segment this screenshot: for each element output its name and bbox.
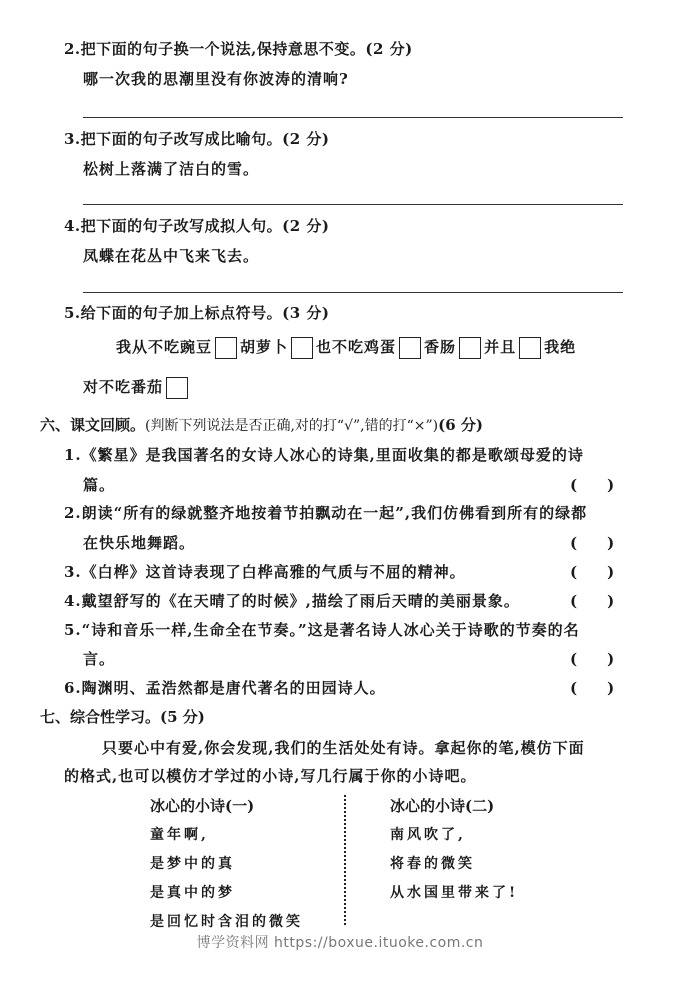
answer-line-q3[interactable] <box>83 204 623 205</box>
poem-1-line-1: 童年啊, <box>150 824 209 844</box>
question-2-label: 2.把下面的句子换一个说法,保持意思不变。(2 分) <box>64 38 413 59</box>
question-2-prompt: 哪一次我的思潮里没有你波涛的清响? <box>83 68 349 89</box>
question-3-label: 3.把下面的句子改写成比喻句。(2 分) <box>64 128 330 149</box>
answer-line-q4[interactable] <box>83 292 623 293</box>
judge-item-5-line2: 言。 <box>83 648 115 669</box>
segment: 我从不吃豌豆 <box>116 338 212 356</box>
section-6-score: (6 分) <box>438 416 483 434</box>
segment: 对不吃番茄 <box>83 378 163 396</box>
judge-item-5-line1: 5.“诗和音乐一样,生命全在节奏。”这是著名诗人冰心关于诗歌的节奏的名 <box>64 619 580 640</box>
punctuation-box-1[interactable] <box>215 337 237 359</box>
question-3-prompt: 松树上落满了洁白的雪。 <box>83 158 259 179</box>
section-6-note: (判断下列说法是否正确,对的打“√”,错的打“×”) <box>145 418 438 434</box>
punctuation-box-4[interactable] <box>459 337 481 359</box>
watermark: 博学资料网 https://boxue.ituoke.com.cn <box>0 932 680 952</box>
segment: 也不吃鸡蛋 <box>316 338 396 356</box>
poem-1-line-2: 是梦中的真 <box>150 853 235 873</box>
segment: 并且 <box>484 338 516 356</box>
section-7-para-line2: 的格式,也可以模仿才学过的小诗,写几行属于你的小诗吧。 <box>64 765 476 786</box>
poem-2-line-2: 将春的微笑 <box>390 853 475 873</box>
section-6-title: 六、课文回顾。 <box>40 416 145 434</box>
segment: 香肠 <box>424 338 456 356</box>
poem-1-line-4: 是回忆时含泪的微笑 <box>150 911 303 931</box>
judge-item-2-line1: 2.朗读“所有的绿就整齐地按着节拍飘动在一起”,我们仿佛看到所有的绿都 <box>64 502 587 523</box>
answer-paren-1[interactable]: ( ) <box>570 474 614 495</box>
judge-item-3: 3.《白桦》这首诗表现了白桦高雅的气质与不屈的精神。 <box>64 561 466 582</box>
poem-1-line-3: 是真中的梦 <box>150 882 235 902</box>
answer-line-q2[interactable] <box>83 117 623 118</box>
question-5-label: 5.给下面的句子加上标点符号。(3 分) <box>64 302 330 323</box>
punctuation-box-3[interactable] <box>399 337 421 359</box>
poem-2-line-1: 南风吹了, <box>390 824 466 844</box>
judge-item-2-line2: 在快乐地舞蹈。 <box>83 532 195 553</box>
punctuation-sentence-line1: 我从不吃豌豆胡萝卜也不吃鸡蛋香肠并且我绝 <box>116 336 576 359</box>
section-7-title: 七、综合性学习。(5 分) <box>40 706 205 727</box>
answer-paren-3[interactable]: ( ) <box>570 561 614 582</box>
punctuation-box-5[interactable] <box>519 337 541 359</box>
punctuation-box-6[interactable] <box>166 377 188 399</box>
section-7-para-line1: 只要心中有爱,你会发现,我们的生活处处有诗。拿起你的笔,模仿下面 <box>102 737 585 758</box>
judge-item-4: 4.戴望舒写的《在天晴了的时候》,描绘了雨后天晴的美丽景象。 <box>64 590 520 611</box>
segment: 胡萝卜 <box>240 338 288 356</box>
judge-item-1-line1: 1.《繁星》是我国著名的女诗人冰心的诗集,里面收集的都是歌颂母爱的诗 <box>64 444 584 465</box>
answer-paren-4[interactable]: ( ) <box>570 590 614 611</box>
judge-item-1-line2: 篇。 <box>83 474 115 495</box>
answer-paren-6[interactable]: ( ) <box>570 677 614 698</box>
poem-divider <box>344 795 346 925</box>
question-4-label: 4.把下面的句子改写成拟人句。(2 分) <box>64 215 330 236</box>
question-4-prompt: 凤蝶在花丛中飞来飞去。 <box>83 245 259 266</box>
segment: 我绝 <box>544 338 576 356</box>
punctuation-box-2[interactable] <box>291 337 313 359</box>
poem-2-title: 冰心的小诗(二) <box>390 795 494 816</box>
judge-item-6: 6.陶渊明、孟浩然都是唐代著名的田园诗人。 <box>64 677 386 698</box>
punctuation-sentence-line2: 对不吃番茄 <box>83 376 191 399</box>
answer-paren-5[interactable]: ( ) <box>570 648 614 669</box>
poem-2-line-3: 从水国里带来了! <box>390 882 518 902</box>
answer-paren-2[interactable]: ( ) <box>570 532 614 553</box>
section-6-heading: 六、课文回顾。(判断下列说法是否正确,对的打“√”,错的打“×”)(6 分) <box>40 414 483 435</box>
poem-1-title: 冰心的小诗(一) <box>150 795 254 816</box>
